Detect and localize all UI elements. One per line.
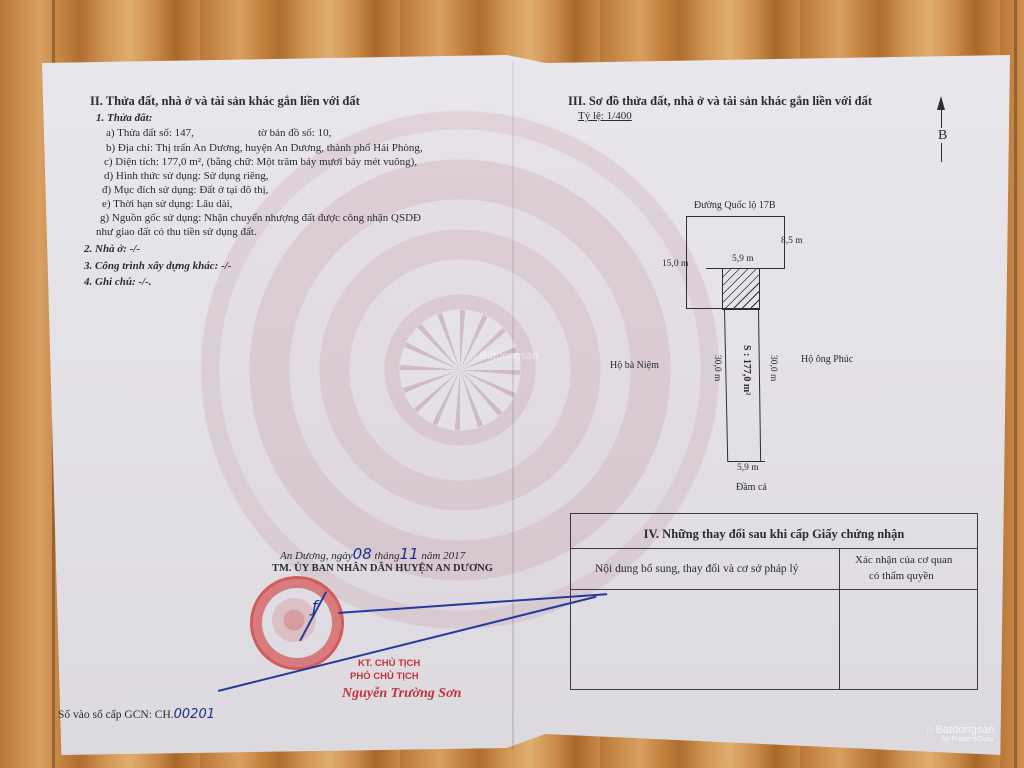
land-origin-line-2: như giao đất có thu tiền sử dụng đất. — [96, 226, 257, 238]
dim-front-width: 5,9 m — [732, 254, 754, 264]
registry-number-line: Số vào sổ cấp GCN: CH.00201 — [58, 708, 215, 722]
watermark-brand: Batdongsan — [480, 350, 539, 362]
dim-right-side: 30,0 m — [768, 355, 778, 381]
address: b) Địa chỉ: Thị trấn An Dương, huyện An … — [106, 142, 423, 154]
column-authority-line-1: Xác nhận của cơ quan — [855, 554, 952, 566]
watermark-logo-icon: ⌂ — [470, 350, 477, 362]
dim-left-depth: 15,0 m — [662, 259, 688, 269]
notes-item: 4. Ghi chú: -/-. — [84, 276, 152, 288]
road-line — [686, 216, 784, 217]
watermark-center: ⌂ Batdongsan — [470, 350, 538, 362]
watermark-sub: by PropertyGuru — [942, 736, 994, 743]
section-2-heading: II. Thửa đất, nhà ở và tài sản khác gắn … — [90, 95, 360, 109]
column-content-changes: Nội dung bổ sung, thay đổi và cơ sở pháp… — [595, 563, 799, 576]
place-date-line: An Dương, ngày08 tháng11 năm 2017 — [280, 546, 465, 563]
table-plank-gap — [1014, 0, 1017, 768]
north-label: B — [937, 128, 948, 143]
map-scale: Tỷ lệ: 1/400 — [578, 110, 632, 122]
road-label: Đường Quốc lộ 17B — [694, 200, 776, 211]
land-heading: 1. Thửa đất: — [96, 112, 152, 124]
hatched-area — [722, 268, 760, 310]
dim-back-width: 5,9 m — [737, 463, 759, 473]
registry-label: Số vào sổ cấp GCN: CH. — [58, 709, 174, 721]
changes-table-columns: Nội dung bổ sung, thay đổi và cơ sở pháp… — [571, 549, 977, 590]
map-sheet-number: tờ bản đồ số: 10, — [258, 127, 331, 139]
signer-title-2: PHÓ CHỦ TỊCH — [350, 672, 419, 682]
signer-title-1: KT. CHỦ TỊCH — [358, 659, 420, 669]
issuing-authority: TM. ỦY BAN NHÂN DÂN HUYỆN AN DƯƠNG — [272, 563, 493, 575]
rear-boundary-label: Đầm cá — [736, 482, 767, 493]
land-origin-line-1: g) Nguồn gốc sử dụng: Nhận chuyển nhượng… — [100, 212, 421, 224]
handwritten-day: 08 — [353, 545, 372, 563]
section-4-heading: IV. Những thay đổi sau khi cấp Giấy chứn… — [644, 528, 905, 542]
column-authority-line-2: có thẩm quyền — [869, 570, 934, 582]
area: c) Diện tích: 177,0 m², (bằng chữ: Một t… — [104, 156, 417, 168]
emblem-star — [400, 310, 520, 430]
use-form: d) Hình thức sử dụng: Sử dụng riêng, — [104, 170, 269, 182]
paper-fold — [512, 60, 514, 750]
neighbor-left: Hộ bà Niệm — [610, 360, 659, 371]
changes-table-header: IV. Những thay đổi sau khi cấp Giấy chứn… — [571, 514, 977, 549]
place-date-prefix: An Dương, ngày — [280, 550, 353, 562]
watermark-corner: ⌂ Batdongsan by PropertyGuru — [926, 724, 994, 743]
other-construction-item: 3. Công trình xây dựng khác: -/- — [84, 260, 231, 272]
use-purpose: đ) Mục đích sử dụng: Đất ở tại đô thị, — [102, 184, 268, 196]
handwritten-registry-number: 00201 — [174, 707, 215, 722]
handwritten-month: 11 — [400, 545, 419, 563]
watermark-brand: Batdongsan — [936, 724, 995, 736]
house-item: 2. Nhà ở: -/- — [84, 243, 140, 255]
signature-mark: ƒ — [312, 598, 318, 616]
rear-boundary-line — [728, 461, 765, 462]
signer-name: Nguyễn Trường Sơn — [342, 686, 461, 701]
year-text: năm 2017 — [421, 550, 465, 562]
month-prefix: tháng — [375, 550, 400, 562]
parcel-number: a) Thửa đất số: 147, — [106, 127, 194, 139]
dim-top-offset: 8,5 m — [781, 236, 803, 246]
section-3-heading: III. Sơ đồ thửa đất, nhà ở và tài sản kh… — [568, 95, 872, 109]
table-column-divider — [839, 549, 840, 689]
neighbor-right: Hộ ông Phúc — [801, 354, 853, 365]
use-term: e) Thời hạn sử dụng: Lâu dài, — [102, 198, 232, 210]
parcel-area-label: S : 177,0 m² — [741, 345, 752, 395]
dim-left-side: 30,0 m — [712, 355, 722, 381]
changes-table: IV. Những thay đổi sau khi cấp Giấy chứn… — [570, 513, 978, 690]
watermark-logo-icon: ⌂ — [926, 724, 933, 736]
